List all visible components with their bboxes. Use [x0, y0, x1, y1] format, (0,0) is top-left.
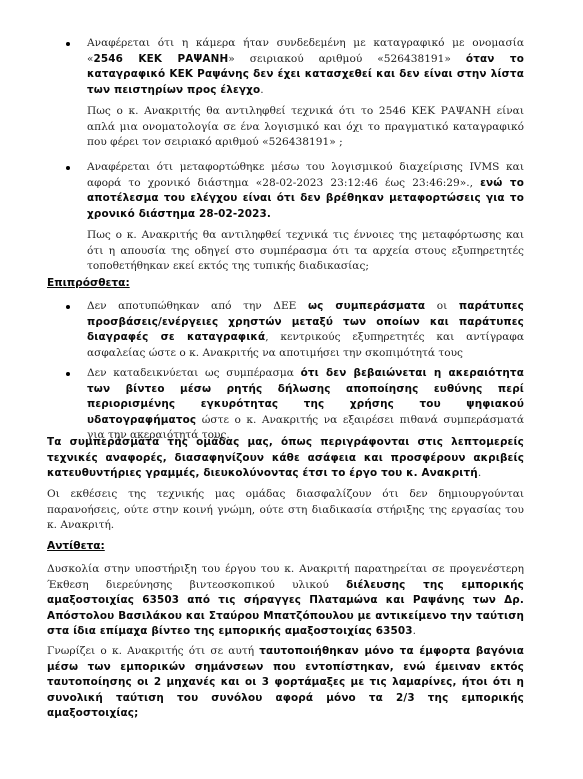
bullet-icon	[66, 42, 70, 46]
contrary-paragraph-identification: Γνωρίζει ο κ. Ανακριτής ότι σε αυτή ταυτ…	[47, 644, 524, 722]
bullet-paragraph-integrity: Δεν καταδεικνύεται ως συμπέρασμα ότι δεν…	[87, 366, 524, 444]
reports-paragraph: Οι εκθέσεις της τεχνικής μας ομάδας διασ…	[47, 487, 524, 534]
bullet-icon	[66, 166, 70, 170]
heading-additionally: Επιπρόσθετα:	[47, 276, 130, 292]
question-paragraph-upload: Πως ο κ. Ανακριτής θα αντιληφθεί τεχνικά…	[87, 228, 524, 275]
bullet-icon	[66, 305, 70, 309]
bullet-paragraph-recorder: Αναφέρεται ότι η κάμερα ήταν συνδεδεμένη…	[87, 36, 524, 98]
question-paragraph-recorder-name: Πως ο κ. Ανακριτής θα αντιληφθεί τεχνικά…	[87, 104, 524, 151]
paragraph-text: Αναφέρεται ότι η κάμερα ήταν συνδεδεμένη…	[87, 36, 524, 98]
paragraph-text: Δεν αποτυπώθηκαν από την ΔΕΕ ως συμπεράσ…	[87, 299, 524, 361]
conclusion-paragraph: Τα συμπεράσματα της ομάδας μας, όπως περ…	[47, 435, 524, 482]
bullet-paragraph-upload: Αναφέρεται ότι μεταφορτώθηκε μέσω του λο…	[87, 160, 524, 222]
bullet-paragraph-unauthorized-access: Δεν αποτυπώθηκαν από την ΔΕΕ ως συμπεράσ…	[87, 299, 524, 361]
paragraph-text: Αναφέρεται ότι μεταφορτώθηκε μέσω του λο…	[87, 160, 524, 222]
heading-contrary: Αντίθετα:	[47, 539, 105, 555]
document-page: Αναφέρεται ότι η κάμερα ήταν συνδεδεμένη…	[0, 0, 583, 779]
contrary-paragraph-report: Δυσκολία στην υποστήριξη του έργου του κ…	[47, 562, 524, 640]
bullet-icon	[66, 372, 70, 376]
paragraph-text: Δεν καταδεικνύεται ως συμπέρασμα ότι δεν…	[87, 366, 524, 444]
